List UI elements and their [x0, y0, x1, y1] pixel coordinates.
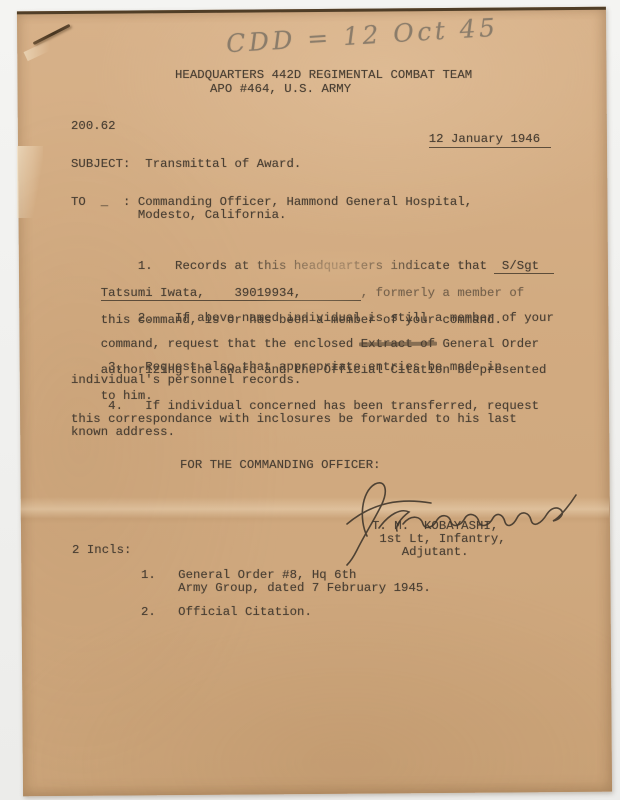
subject-line: SUBJECT: Transmittal of Award.	[71, 158, 301, 171]
letterhead-apo: APO #464, U.S. ARMY	[210, 83, 351, 96]
paragraph-4: 4. If individual concerned has been tran…	[71, 400, 539, 439]
closing-line: FOR THE COMMANDING OFFICER:	[180, 459, 381, 472]
paragraph-3: 3. Request also that appropriate entries…	[71, 361, 502, 387]
faded-area-2	[210, 294, 410, 320]
enclosure-item-2: 2. Official Citation.	[141, 606, 312, 619]
para2-line2-post: General Order	[435, 337, 539, 351]
fold-crease	[20, 497, 609, 524]
date-value: 12 January 1946	[429, 132, 551, 148]
signature-block: T. M. KOBAYASHI, 1st Lt, Infantry, Adjut…	[372, 520, 506, 559]
enclosure-count: 2 Incls:	[72, 544, 131, 557]
faded-area	[190, 238, 480, 296]
para1-grade-underlined: S/Sgt	[494, 259, 553, 275]
para2-struck-text: Extract of	[361, 337, 435, 351]
letterhead-unit: HEADQUARTERS 442D REGIMENTAL COMBAT TEAM	[175, 69, 472, 82]
scanned-document: CDD = 12 Oct 45 HEADQUARTERS 442D REGIME…	[0, 0, 620, 800]
to-block: TO _ : Commanding Officer, Hammond Gener…	[71, 196, 472, 222]
enclosure-item-1: 1. General Order #8, Hq 6th Army Group, …	[141, 569, 431, 595]
edge-crease	[17, 146, 43, 218]
date-line: 12 January 1946	[399, 120, 551, 159]
file-number: 200.62	[71, 120, 116, 133]
para2-line2-pre: command, request that the enclosed	[101, 337, 361, 351]
